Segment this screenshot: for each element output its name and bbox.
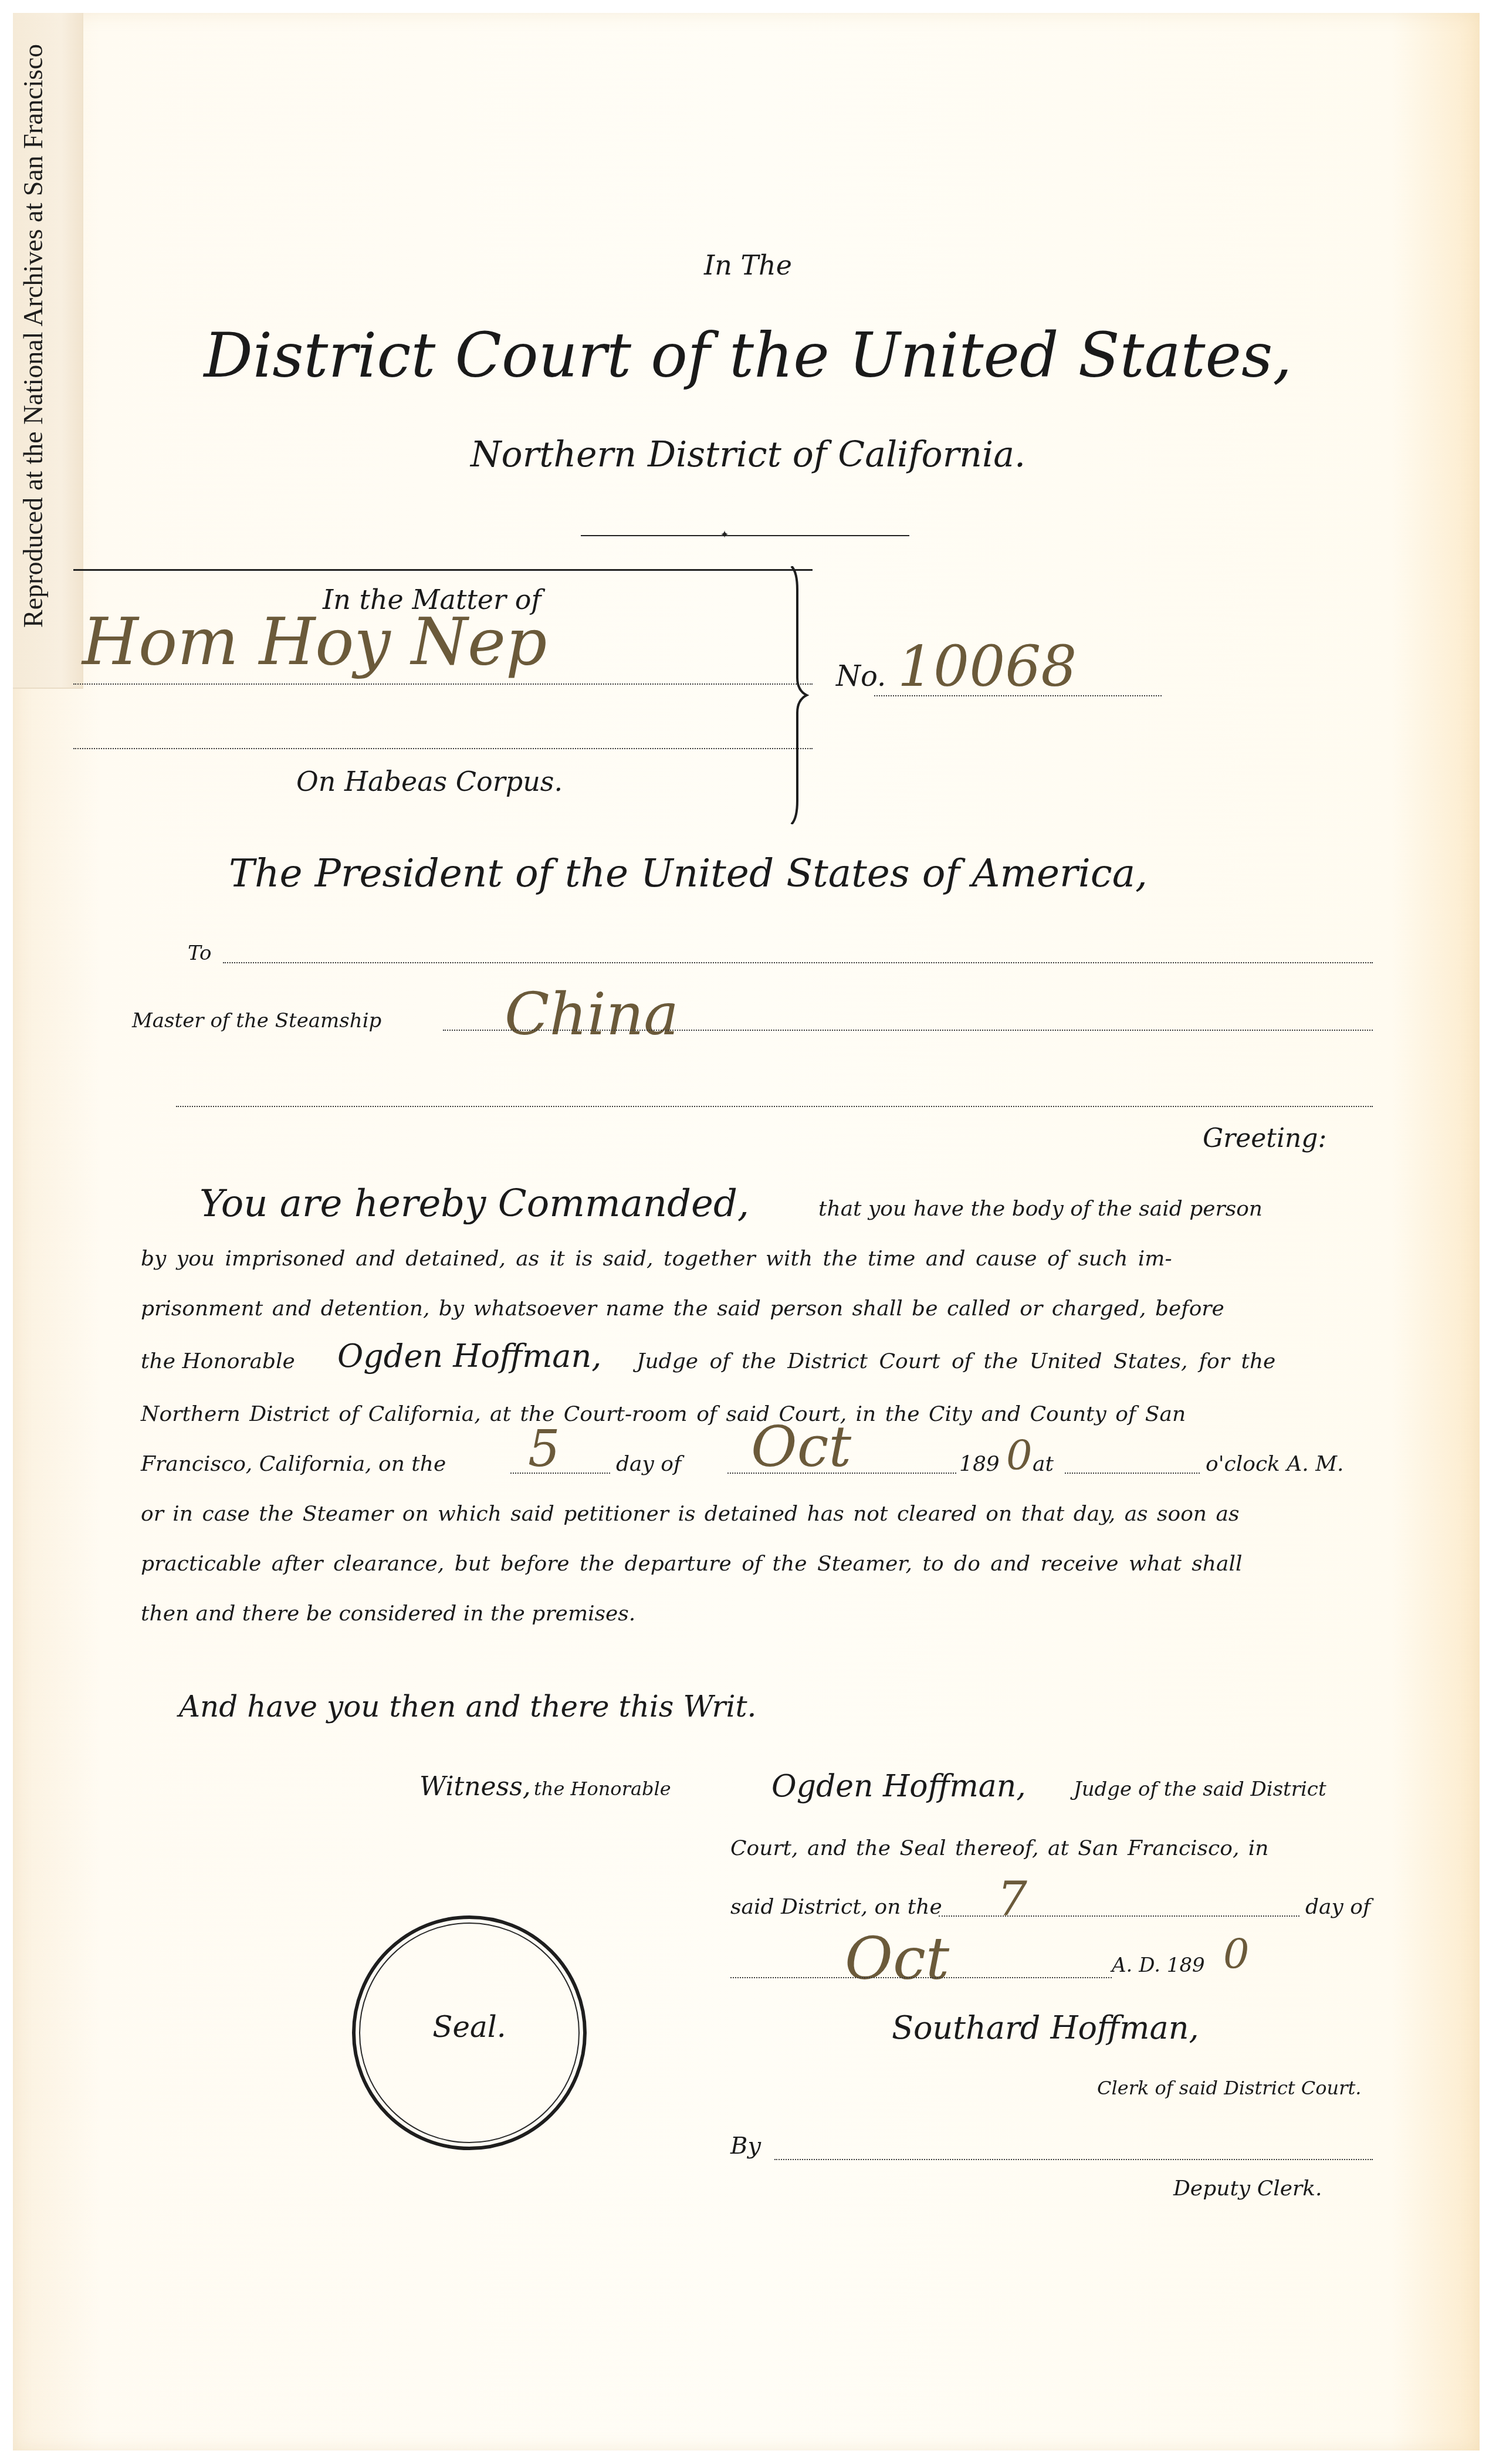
writ-line-4: Judge of the District Court of the Unite… [637,1349,1275,1373]
divider-ornament-icon: ✦ [713,531,736,539]
by-label: By [730,2133,761,2160]
witness-honorable: the Honorable [534,1778,671,1800]
date-line-suffix: o'clock A. M. [1206,1452,1344,1476]
writ-closing: And have you then and there this Writ. [179,1690,756,1724]
date-line-day-of: day of [616,1452,681,1476]
date-line-at: at [1033,1452,1054,1476]
petitioner-line [73,683,813,685]
appearance-month: Oct [751,1414,851,1480]
appearance-day: 5 [528,1420,560,1478]
to-field[interactable] [223,962,1373,963]
date-line-prefix: Francisco, California, on the [141,1452,446,1476]
court-title: District Court of the United States, [0,320,1496,391]
appearance-time-field[interactable] [1065,1473,1200,1474]
greeting: Greeting: [1203,1123,1326,1153]
attestation-line-3-suffix: day of [1305,1895,1370,1919]
petitioner-name: Hom Hoy Nep [82,604,547,679]
attestation-day: 7 [997,1871,1027,1926]
attestation-line-3-prefix: said District, on the [730,1895,942,1919]
case-number-label: No. [836,660,886,693]
header-divider [581,535,909,536]
by-signature-field[interactable] [774,2159,1373,2160]
deputy-title: Deputy Clerk. [1173,2177,1322,2201]
caption-brace-icon [789,566,813,824]
writ-line-7: practicable after clearance, but before … [141,1552,1242,1576]
steamship-field[interactable] [443,1030,1373,1031]
command-lead: You are hereby Commanded, [199,1182,749,1226]
writ-line-6: or in case the Steamer on which said pet… [141,1502,1239,1526]
witness-judge-title: Judge of the said District [1074,1778,1326,1801]
honorable-prefix: the Honorable [141,1349,295,1373]
appearance-month-field[interactable] [727,1473,956,1474]
to-label: To [188,942,212,965]
writ-line-1: that you have the body of the said perso… [818,1197,1263,1221]
appearance-year: 0 [1006,1431,1033,1480]
attestation-month: Oct [845,1924,949,1993]
proceeding-label: On Habeas Corpus. [296,766,563,797]
caption-top-rule [73,569,813,571]
writ-line-5: Northern District of California, at the … [141,1402,1186,1426]
appearance-day-field[interactable] [510,1473,610,1474]
seal-circle: Seal. [352,1915,587,2150]
address-blank-line[interactable] [176,1106,1373,1107]
case-number-line [874,695,1162,696]
district-name: Northern District of California. [0,434,1496,475]
witness-judge-name: Ogden Hoffman, [771,1769,1026,1804]
archive-stamp: Reproduced at the National Archives at S… [18,6,49,628]
seal-label: Seal. [356,2010,583,2044]
attestation-day-field[interactable] [939,1915,1299,1917]
witness-lead: Witness, [419,1772,531,1802]
attestation-year: 0 [1223,1930,1250,1978]
master-label: Master of the Steamship [132,1009,381,1033]
judge-name: Ogden Hoffman, [337,1338,602,1375]
writ-line-3: prisonment and detention, by whatsoever … [141,1297,1224,1321]
ad-label: A. D. 189 [1112,1954,1205,1977]
header-preamble: In The [0,249,1496,281]
salutation-title: The President of the United States of Am… [229,851,1148,896]
steamship-name: China [505,980,679,1048]
petitioner-line-2 [73,748,813,749]
writ-line-2: by you imprisoned and detained, as it is… [141,1247,1172,1271]
date-line-year-prefix: 189 [959,1452,1000,1476]
case-number: 10068 [898,634,1077,699]
attestation-line-2: Court, and the Seal thereof, at San Fran… [730,1836,1269,1860]
clerk-name: Southard Hoffman, [892,2009,1199,2046]
clerk-title: Clerk of said District Court. [1097,2077,1362,2099]
attestation-month-field[interactable] [730,1977,1112,1978]
writ-line-8: then and there be considered in the prem… [141,1602,635,1626]
